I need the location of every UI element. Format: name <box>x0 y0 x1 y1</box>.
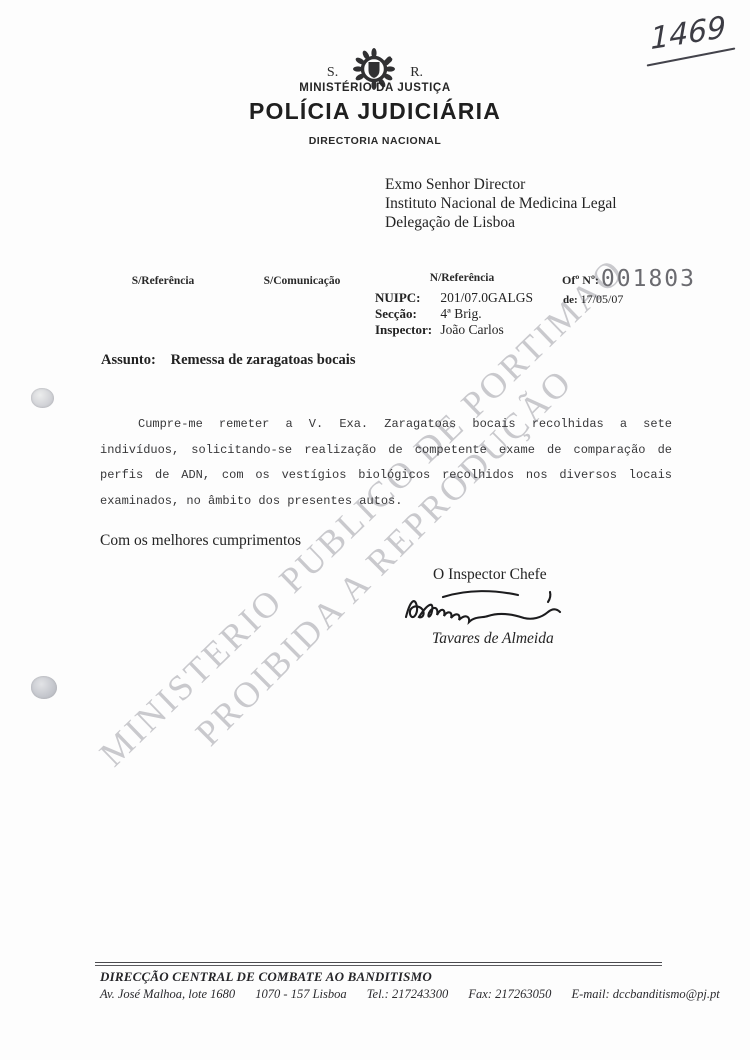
directorate-subtitle: DIRECTORIA NACIONAL <box>225 135 525 147</box>
nuipc-value: 201/07.0GALGS <box>440 290 533 305</box>
inspector-value: João Carlos <box>440 322 503 337</box>
addressee-block: Exmo Senhor Director Instituto Nacional … <box>385 175 617 232</box>
sr-right-initial: R. <box>410 65 423 81</box>
footer-telephone: Tel.: 217243300 <box>367 987 449 1001</box>
footer-address: Av. José Malhoa, lote 1680 <box>100 987 235 1001</box>
subject-label: Assunto: <box>101 352 167 369</box>
addressee-line-2: Instituto Nacional de Medicina Legal <box>385 194 617 213</box>
body-line: indivíduos, solicitando-se realização de… <box>100 438 672 464</box>
date-label: de: <box>563 294 578 306</box>
sr-left-initial: S. <box>327 65 338 81</box>
footer-fax: Fax: 217263050 <box>468 987 551 1001</box>
letter-body: Cumpre-me remeter a V. Exa. Zaragatoas b… <box>100 412 672 514</box>
your-reference-label: S/Referência <box>113 275 213 287</box>
handwritten-page-number: 1469 <box>650 10 726 57</box>
oficio-date-row: de: 17/05/07 <box>563 292 623 307</box>
body-line: Cumpre-me remeter a V. Exa. Zaragatoas b… <box>100 412 672 438</box>
addressee-line-1: Exmo Senhor Director <box>385 175 617 194</box>
oficio-number-row: Ofº Nº: 001803 <box>562 268 696 291</box>
inspector-row: Inspector: João Carlos <box>375 322 504 338</box>
our-reference-label: N/Referência <box>412 272 512 284</box>
footer-email: E-mail: dccbanditismo@pj.pt <box>571 987 719 1001</box>
organization-title: POLÍCIA JUDICIÁRIA <box>225 98 525 125</box>
ministry-name: MINISTÉRIO DA JUSTIÇA <box>225 82 525 94</box>
body-line: perfis de ADN, com os vestígios biológic… <box>100 463 672 489</box>
your-communication-label: S/Comunicação <box>247 275 357 287</box>
hole-punch-top <box>31 388 54 408</box>
date-value: 17/05/07 <box>581 292 624 306</box>
document-content: 1469 S. <box>0 0 750 1060</box>
seccao-row: Secção: 4ª Brig. <box>375 306 482 322</box>
addressee-line-3: Delegação de Lisboa <box>385 213 617 232</box>
signer-name: Tavares de Almeida <box>432 630 554 648</box>
oficio-label: Ofº Nº: <box>562 273 599 288</box>
body-line: examinados, no âmbito dos presentes auto… <box>100 489 672 515</box>
subject-row: Assunto: Remessa de zaragatoas bocais <box>101 352 355 369</box>
footer-postal-code: 1070 - 157 Lisboa <box>255 987 346 1001</box>
hole-punch-bottom <box>31 676 57 699</box>
inspector-label: Inspector: <box>375 322 437 338</box>
oficio-stamp-number: 001803 <box>601 268 696 291</box>
footer-divider <box>95 962 662 966</box>
seccao-label: Secção: <box>375 306 437 322</box>
nuipc-row: NUIPC: 201/07.0GALGS <box>375 290 533 306</box>
nuipc-label: NUIPC: <box>375 290 437 306</box>
footer-department: DIRECÇÃO CENTRAL DE COMBATE AO BANDITISM… <box>100 969 432 985</box>
closing-salutation: Com os melhores cumprimentos <box>100 532 301 550</box>
subject-value: Remessa de zaragatoas bocais <box>171 352 356 368</box>
signer-title: O Inspector Chefe <box>433 566 547 584</box>
footer-contact-line: Av. José Malhoa, lote 1680 1070 - 157 Li… <box>100 987 720 1002</box>
scanned-letter-page: MINISTERIO PUBLICO DE PORTIMAO PROIBIDA … <box>0 0 750 1060</box>
signature <box>398 583 583 636</box>
seccao-value: 4ª Brig. <box>440 306 481 321</box>
